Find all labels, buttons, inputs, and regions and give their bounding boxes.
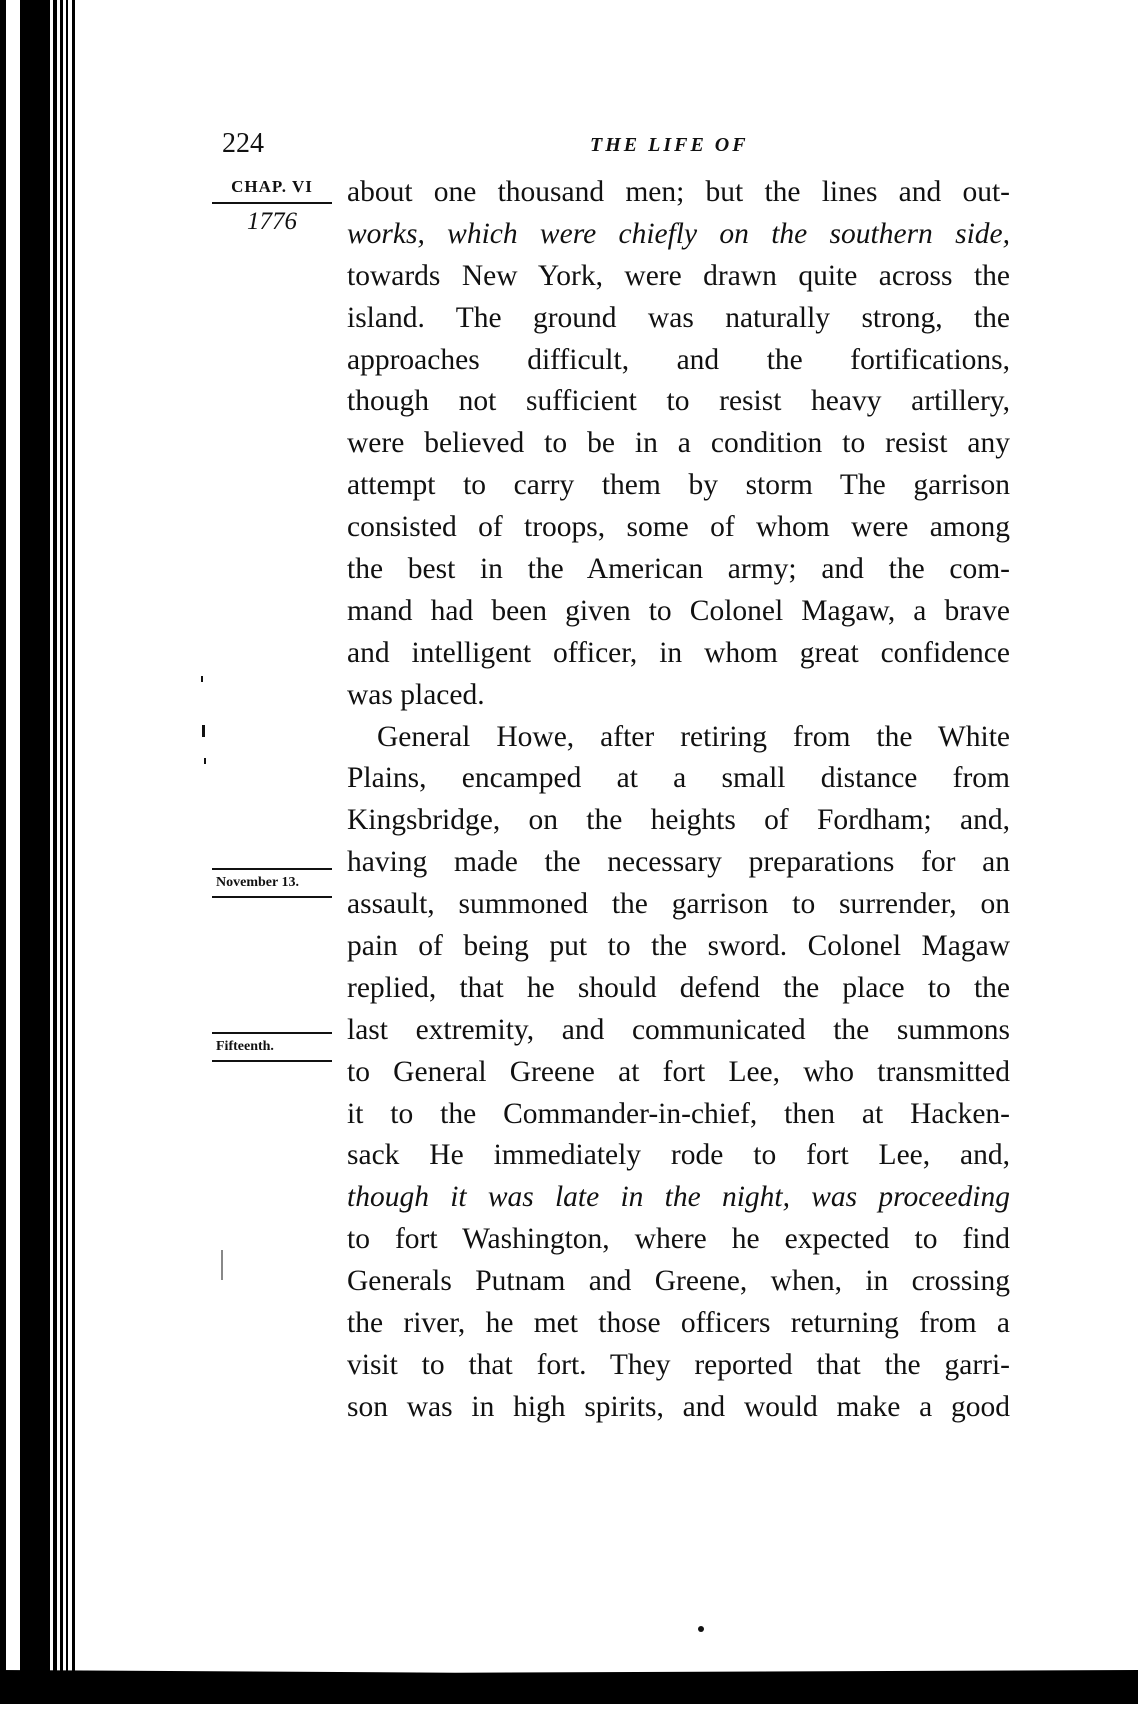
text-line: son was in high spirits, and would make … bbox=[347, 1387, 1010, 1429]
text-line: to General Greene at fort Lee, who trans… bbox=[347, 1052, 1010, 1094]
text-line: the best in the American army; and the c… bbox=[347, 549, 1010, 591]
text-line: last extremity, and communicated the sum… bbox=[347, 1010, 1010, 1052]
scan-speck bbox=[204, 758, 206, 764]
sidenote-rule bbox=[212, 1060, 332, 1062]
text-line: though it was late in the night, was pro… bbox=[347, 1177, 1010, 1219]
scan-speck bbox=[201, 676, 203, 682]
book-spine-scan-edge bbox=[0, 0, 78, 1700]
text-line: having made the necessary preparations f… bbox=[347, 842, 1010, 884]
text-line: though not sufficient to resist heavy ar… bbox=[347, 381, 1010, 423]
text-line: were believed to be in a condition to re… bbox=[347, 423, 1010, 465]
text-line: General Howe, after retiring from the Wh… bbox=[347, 717, 1010, 759]
text-line: towards New York, were drawn quite acros… bbox=[347, 256, 1010, 298]
text-line: sack He immediately rode to fort Lee, an… bbox=[347, 1135, 1010, 1177]
chapter-label: CHAP. VI bbox=[212, 172, 332, 202]
date-sidenote-november-13: November 13. bbox=[212, 868, 332, 898]
text-line: replied, that he should defend the place… bbox=[347, 968, 1010, 1010]
text-line: and intelligent officer, in whom great c… bbox=[347, 633, 1010, 675]
text-line: pain of being put to the sword. Colonel … bbox=[347, 926, 1010, 968]
date-sidenote-label: November 13. bbox=[212, 870, 332, 896]
scan-dot bbox=[698, 1626, 704, 1632]
year-label: 1776 bbox=[212, 204, 332, 240]
page-number: 224 bbox=[222, 128, 264, 160]
text-line: mand had been given to Colonel Magaw, a … bbox=[347, 591, 1010, 633]
spine-bar bbox=[20, 0, 50, 1700]
sidenote-rule bbox=[212, 896, 332, 898]
text-line: it to the Commander-in-chief, then at Ha… bbox=[347, 1094, 1010, 1136]
text-line: the river, he met those officers returni… bbox=[347, 1303, 1010, 1345]
text-line: to fort Washington, where he expected to… bbox=[347, 1219, 1010, 1261]
spine-bar bbox=[66, 0, 68, 1700]
text-line: was placed. bbox=[347, 675, 1010, 717]
body-text: about one thousand men; but the lines an… bbox=[347, 172, 1010, 1429]
spine-bar bbox=[60, 0, 63, 1700]
spine-bar bbox=[72, 0, 75, 1700]
scan-speck bbox=[202, 725, 205, 737]
text-line: consisted of troops, some of whom were a… bbox=[347, 507, 1010, 549]
text-line: approaches difficult, and the fortificat… bbox=[347, 340, 1010, 382]
text-line: about one thousand men; but the lines an… bbox=[347, 172, 1010, 214]
scan-bottom-border bbox=[0, 1670, 1138, 1704]
spine-bar bbox=[0, 0, 6, 1700]
scan-speck bbox=[221, 1250, 223, 1280]
running-head: THE LIFE OF bbox=[590, 134, 749, 157]
text-line: visit to that fort. They reported that t… bbox=[347, 1345, 1010, 1387]
text-line: Kingsbridge, on the heights of Fordham; … bbox=[347, 800, 1010, 842]
text-line: works, which were chiefly on the souther… bbox=[347, 214, 1010, 256]
spine-bar bbox=[53, 0, 57, 1700]
date-sidenote-label: Fifteenth. bbox=[212, 1034, 332, 1060]
chapter-sidenote: CHAP. VI 1776 bbox=[212, 172, 332, 240]
text-line: attempt to carry them by storm The garri… bbox=[347, 465, 1010, 507]
text-line: Generals Putnam and Greene, when, in cro… bbox=[347, 1261, 1010, 1303]
text-line: Plains, encamped at a small distance fro… bbox=[347, 758, 1010, 800]
text-line: island. The ground was naturally strong,… bbox=[347, 298, 1010, 340]
date-sidenote-fifteenth: Fifteenth. bbox=[212, 1032, 332, 1062]
text-line: assault, summoned the garrison to surren… bbox=[347, 884, 1010, 926]
